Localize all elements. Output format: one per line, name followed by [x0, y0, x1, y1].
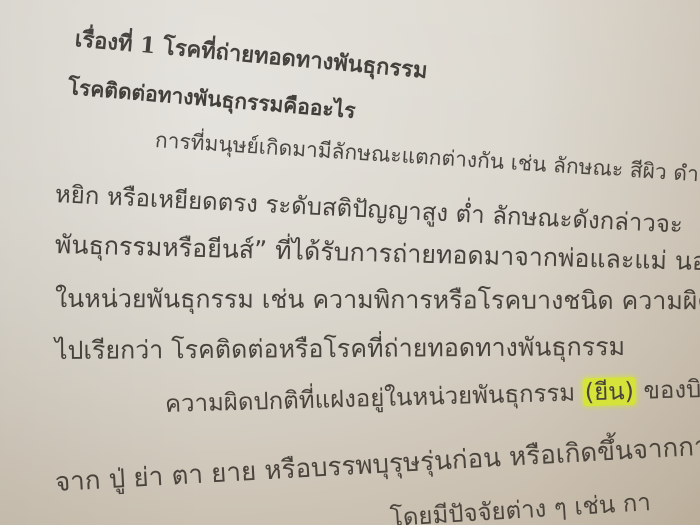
textbook-page-photo: เรื่องที่ 1 โรคที่ถ่ายทอดทางพันธุกรรม โร…: [0, 0, 700, 525]
paragraph-2-line-3-partial: โดยมีปัจจัยต่าง ๆ เช่น กา: [389, 490, 651, 525]
paragraph-2-line-1-text-after: ของบิ: [636, 375, 700, 405]
paragraph-1-line-4: ในหน่วยพันธุกรรม เช่น ความพิการหรือโรคบา…: [55, 286, 700, 313]
paragraph-1-line-2: หยิก หรือเหยียดตรง ระดับสติปัญญาสูง ต่ำ …: [54, 182, 683, 237]
paragraph-1-line-1: การที่มนุษย์เกิดมามีลักษณะแตกต่างกัน เช่…: [154, 130, 699, 185]
chapter-heading: เรื่องที่ 1 โรคที่ถ่ายทอดทางพันธุกรรม: [74, 28, 428, 82]
paragraph-1-line-3: พันธุกรรมหรือยีนส์” ที่ได้รับการถ่ายทอดม…: [55, 232, 700, 275]
section-subheading: โรคติดต่อทางพันธุกรรมคืออะไร: [67, 76, 356, 121]
highlighted-term-gene: (ยีน): [582, 377, 636, 406]
paragraph-2-line-2: จาก ปู่ ย่า ตา ยาย หรือบรรพบุรุษรุ่นก่อน…: [54, 433, 700, 496]
paragraph-2-line-1-text-before: ความผิดปกติที่แฝงอยู่ในหน่วยพันธุกรรม: [165, 378, 584, 418]
paragraph-1-line-5: ไปเรียกว่า โรคติดต่อหรือโรคที่ถ่ายทอดทาง…: [55, 334, 625, 363]
paragraph-2-line-1: ความผิดปกติที่แฝงอยู่ในหน่วยพันธุกรรม (ย…: [165, 377, 700, 416]
